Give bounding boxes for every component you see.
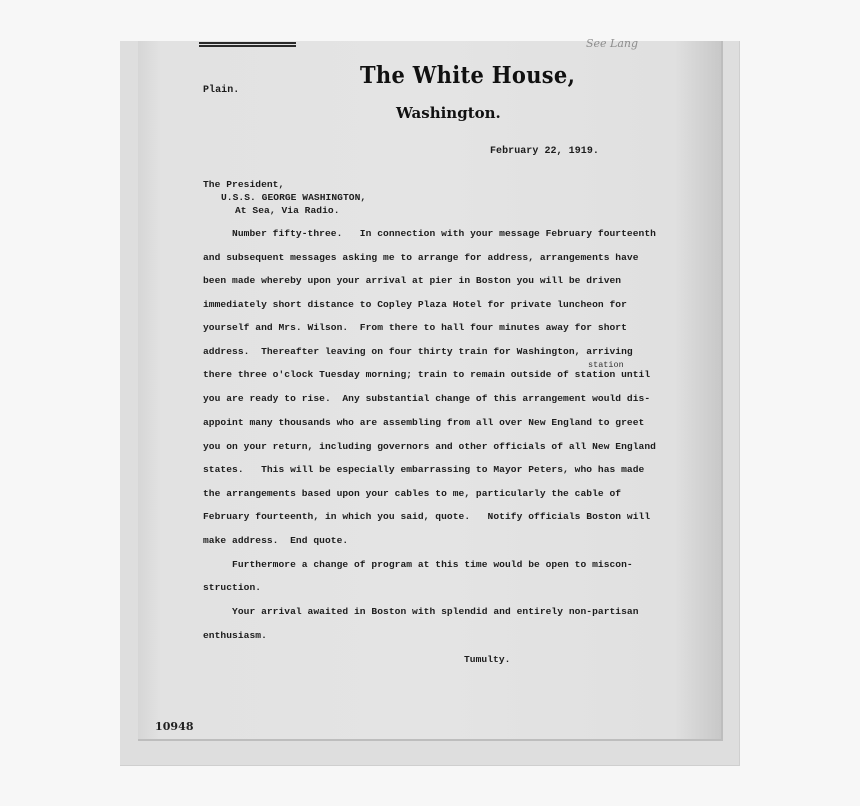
body-line: address. Thereafter leaving on four thir… — [203, 346, 633, 357]
letter-page: See Lang Plain. The White House, Washing… — [138, 41, 723, 741]
body-line: you are ready to rise. Any substantial c… — [203, 393, 650, 404]
body-line: yourself and Mrs. Wilson. From there to … — [203, 322, 627, 333]
body-line: Your arrival awaited in Boston with sple… — [203, 606, 639, 617]
body-line: and subsequent messages asking me to arr… — [203, 252, 639, 263]
body-line: the arrangements based upon your cables … — [203, 488, 621, 499]
body-line: make address. End quote. — [203, 535, 348, 546]
letter-date: February 22, 1919. — [490, 146, 599, 157]
letterhead-title: The White House, — [360, 61, 575, 89]
body-line: appoint many thousands who are assemblin… — [203, 417, 644, 428]
body-line: Furthermore a change of program at this … — [203, 559, 633, 570]
body-line: immediately short distance to Copley Pla… — [203, 299, 627, 310]
address-line-ship: U.S.S. GEORGE WASHINGTON, — [221, 192, 366, 203]
document-number: 10948 — [155, 720, 194, 733]
address-line-recipient: The President, — [203, 179, 284, 190]
body-line: been made whereby upon your arrival at p… — [203, 275, 621, 286]
double-rule-divider — [199, 42, 296, 47]
letterhead-city: Washington. — [396, 104, 501, 122]
body-line: struction. — [203, 582, 261, 593]
body-line: you on your return, including governors … — [203, 441, 656, 452]
body-line: there three o'clock Tuesday morning; tra… — [203, 369, 650, 380]
address-line-location: At Sea, Via Radio. — [235, 205, 340, 216]
classification-label: Plain. — [203, 85, 239, 96]
handwritten-marginal-note: See Lang — [586, 37, 676, 57]
body-line: Number fifty-three. In connection with y… — [203, 228, 656, 239]
body-line: states. This will be especially embarras… — [203, 464, 644, 475]
body-line: February fourteenth, in which you said, … — [203, 511, 650, 522]
scanned-document-image: See Lang Plain. The White House, Washing… — [120, 41, 740, 766]
signature: Tumulty. — [464, 654, 510, 665]
body-line: enthusiasm. — [203, 630, 267, 641]
